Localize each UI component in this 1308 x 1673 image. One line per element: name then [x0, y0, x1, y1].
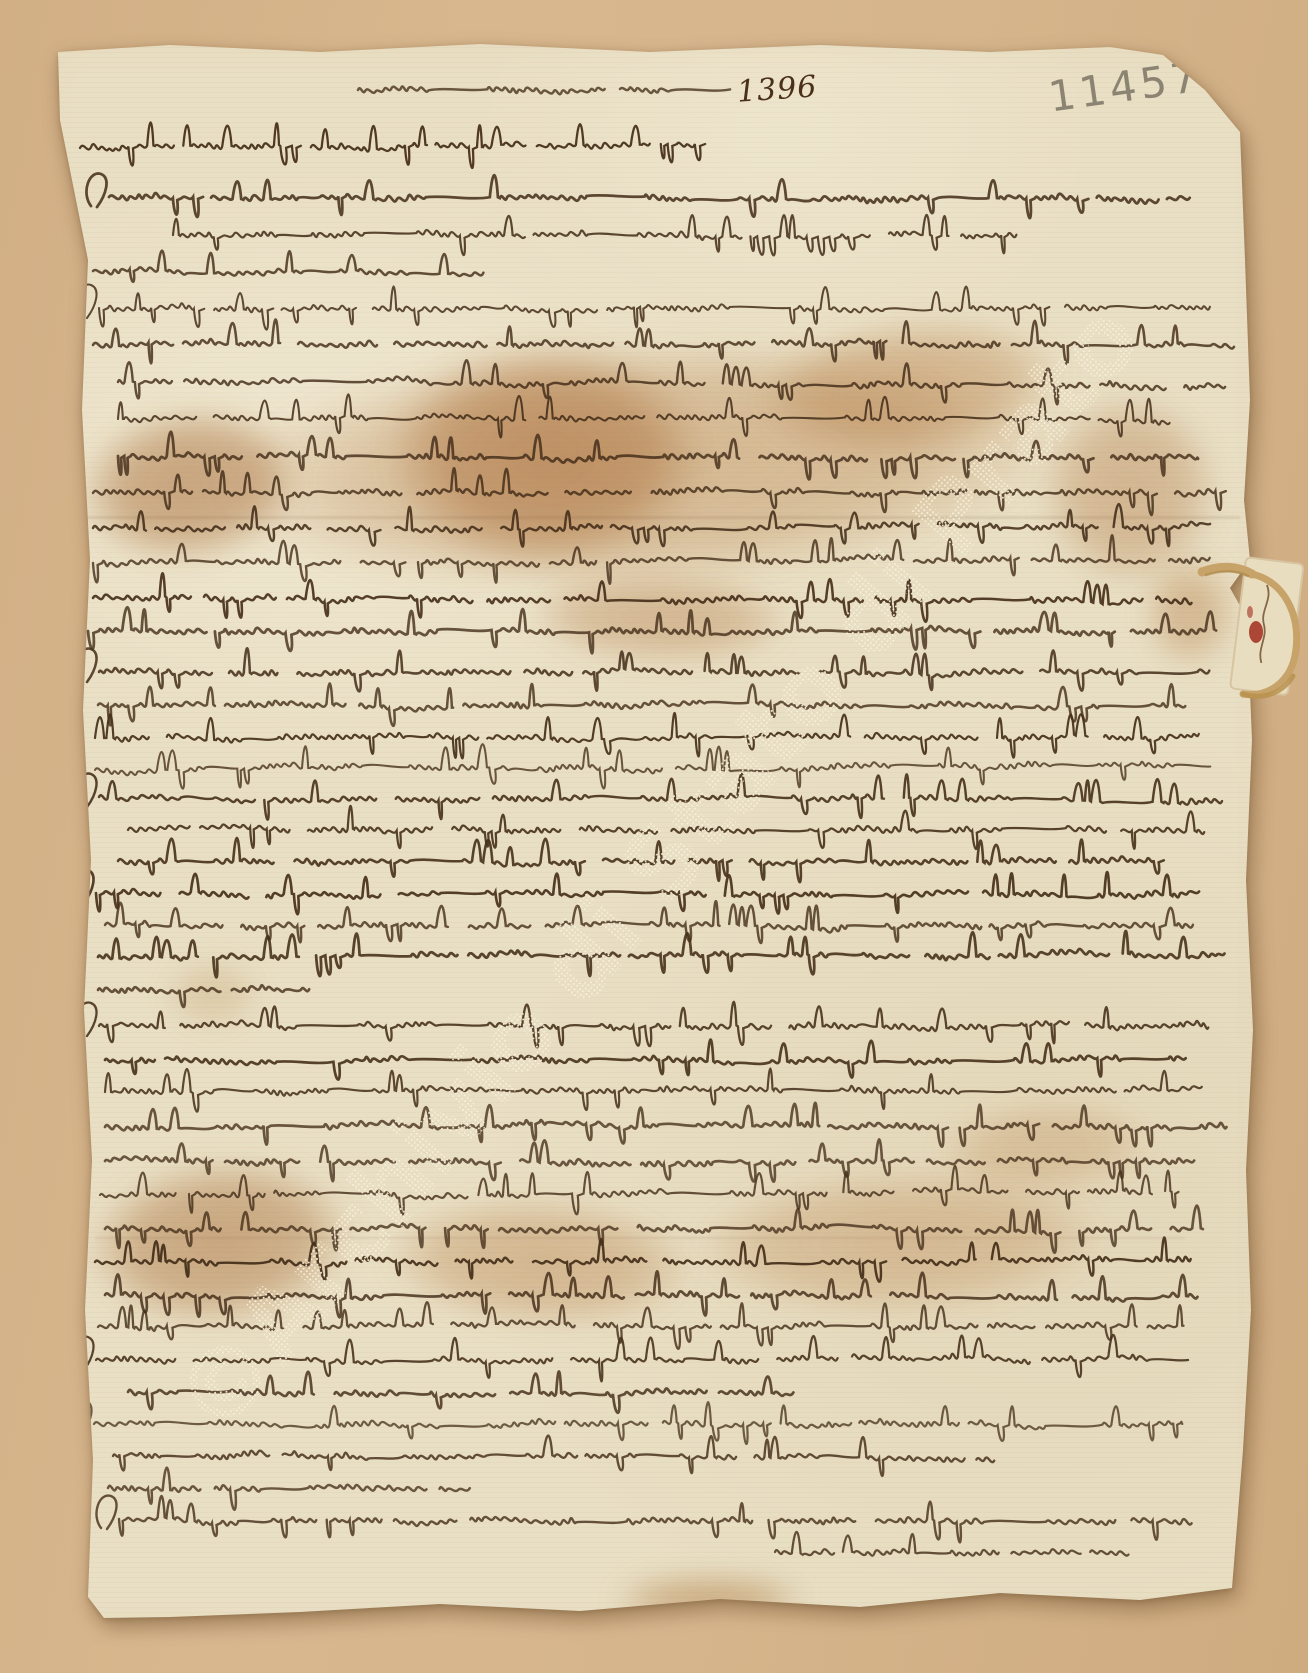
manuscript-line — [128, 1371, 793, 1412]
handwriting-ink-layer — [0, 0, 1308, 1673]
manuscript-line — [80, 122, 705, 168]
manuscript-line — [86, 174, 1189, 219]
paper-shadow: 114570 1396 ©Archivio di Stato di Prato — [0, 0, 1308, 1673]
manuscript-line — [128, 806, 1204, 849]
manuscript-line — [108, 1468, 470, 1510]
manuscript-line — [105, 901, 1208, 943]
manuscript-line — [118, 838, 1181, 882]
manuscript-line — [96, 1496, 1191, 1543]
manuscript-line — [113, 1436, 994, 1476]
ink-stain — [150, 948, 275, 1040]
manuscript-line — [95, 713, 1199, 758]
manuscript-line — [95, 744, 1210, 788]
ink-stain — [580, 1568, 840, 1630]
manuscript-line — [93, 251, 483, 282]
manuscript-line — [71, 1401, 1182, 1444]
manuscript-line — [775, 1532, 1128, 1556]
manuscript-line — [98, 931, 1225, 977]
scanned-manuscript-page: { "document": { "archive_number": "11457… — [0, 0, 1308, 1673]
document-scan: 114570 1396 ©Archivio di Stato di Prato — [0, 0, 1308, 1673]
ink-stain — [1130, 540, 1250, 685]
manuscript-line — [173, 215, 1016, 256]
date-year-digits: 1396 — [736, 69, 819, 110]
manuscript-line — [98, 683, 1185, 725]
manuscript-line — [73, 870, 1209, 915]
paper-sheet: 114570 1396 ©Archivio di Stato di Prato — [0, 0, 1308, 1673]
manuscript-line — [358, 86, 730, 94]
manuscript-line — [105, 1040, 1186, 1080]
fold-crease — [1188, 40, 1222, 42]
